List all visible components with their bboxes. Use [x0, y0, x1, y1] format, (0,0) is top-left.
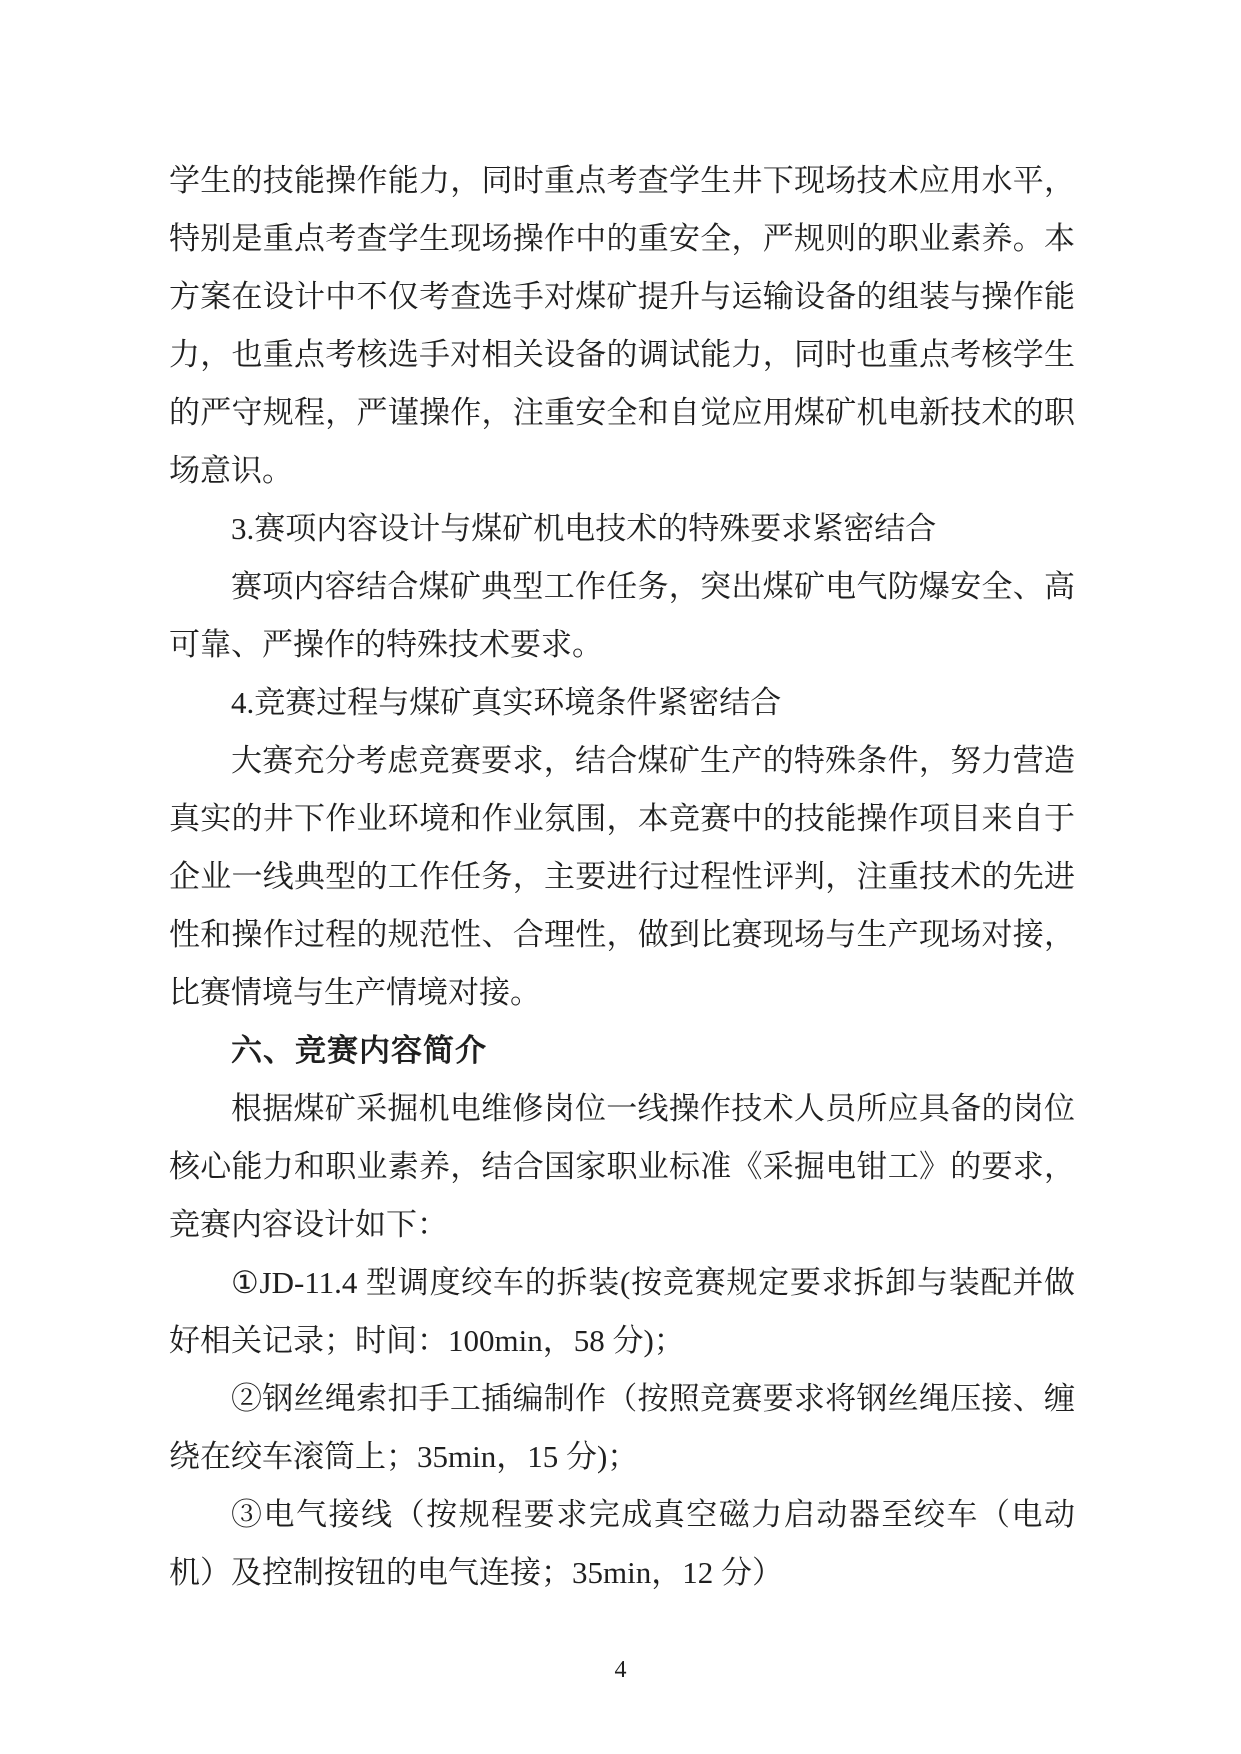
document-page: 学生的技能操作能力，同时重点考查学生井下现场技术应用水平，特别是重点考查学生现场…	[0, 0, 1241, 1754]
paragraph-special-requirements: 赛项内容结合煤矿典型工作任务，突出煤矿电气防爆安全、高可靠、严操作的特殊技术要求…	[169, 558, 1075, 674]
section-heading-competition-content: 六、竞赛内容简介	[169, 1022, 1075, 1080]
list-item-3-electrical-wiring: ③电气接线（按规程要求完成真空磁力启动器至绞车（电动机）及控制按钮的电气连接；3…	[169, 1486, 1075, 1602]
document-body: 学生的技能操作能力，同时重点考查学生井下现场技术应用水平，特别是重点考查学生现场…	[169, 152, 1075, 1602]
list-item-1-winch-disassembly: ①JD-11.4 型调度绞车的拆装(按竞赛规定要求拆卸与装配并做好相关记录；时间…	[169, 1254, 1075, 1370]
paragraph-continuation: 学生的技能操作能力，同时重点考查学生井下现场技术应用水平，特别是重点考查学生现场…	[169, 152, 1075, 500]
page-number: 4	[0, 1655, 1241, 1685]
paragraph-content-design-intro: 根据煤矿采掘机电维修岗位一线操作技术人员所应具备的岗位核心能力和职业素养，结合国…	[169, 1080, 1075, 1254]
paragraph-real-environment: 大赛充分考虑竞赛要求，结合煤矿生产的特殊条件，努力营造真实的井下作业环境和作业氛…	[169, 732, 1075, 1022]
subheading-item-3: 3.赛项内容设计与煤矿机电技术的特殊要求紧密结合	[169, 500, 1075, 558]
subheading-item-4: 4.竞赛过程与煤矿真实环境条件紧密结合	[169, 674, 1075, 732]
list-item-2-wire-rope-splicing: ②钢丝绳索扣手工插编制作（按照竞赛要求将钢丝绳压接、缠绕在绞车滚筒上；35min…	[169, 1370, 1075, 1486]
